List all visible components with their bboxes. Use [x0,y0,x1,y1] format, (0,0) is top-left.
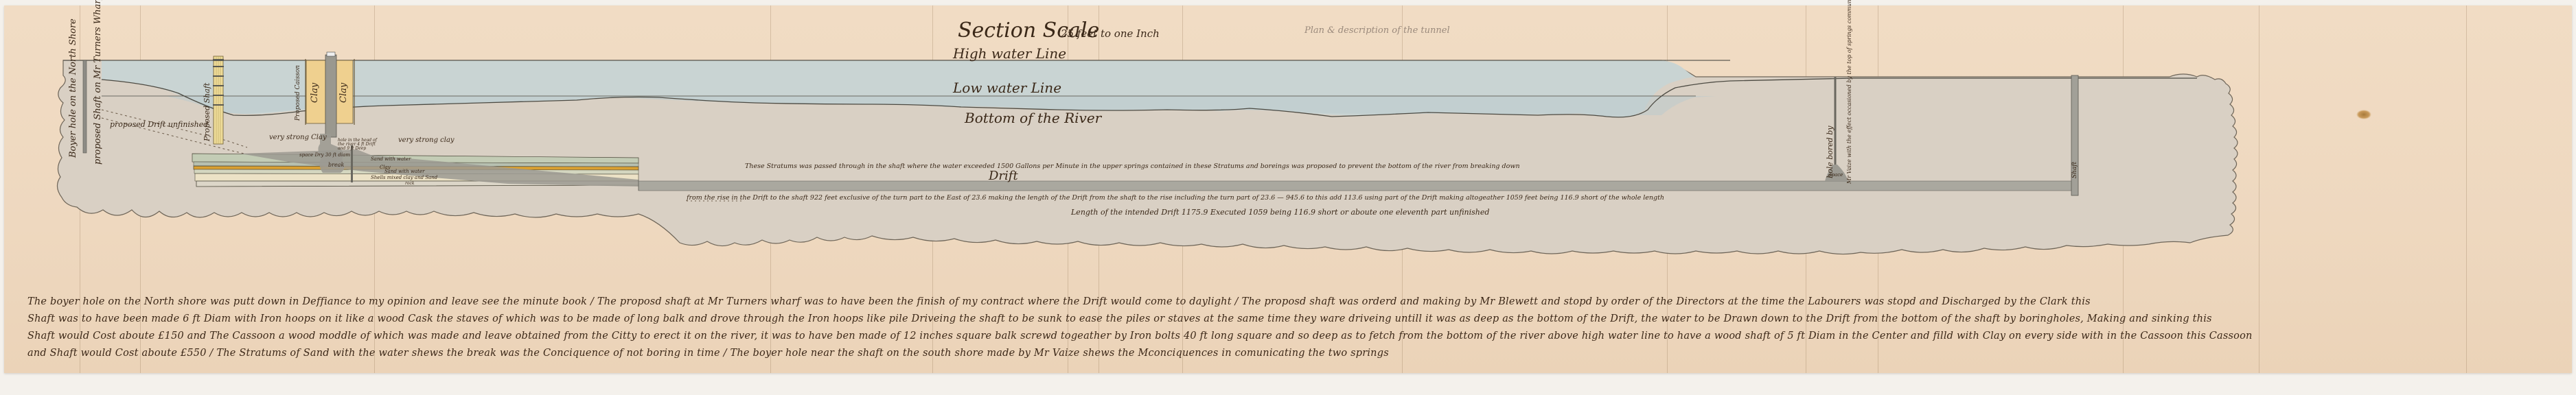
measure-line-1: from the rise in the Drift to the shaft … [687,195,1664,202]
turner-shaft-label: proposed Shaft on Mr Turners Wharf [93,27,102,165]
river-bottom-label: Bottom of the River [965,111,1101,125]
proposed-shaft-hooped [213,56,224,144]
note-line: Shaft was to have been made 6 ft Diam wi… [27,313,2212,324]
very-strong-clay-2: very strong clay [398,137,455,144]
pencil-note: Plan & description of the tunnel [1304,26,1450,35]
note-line: and Shaft would Cost aboute £550 / The S… [27,348,1389,359]
scale-text: 25 feet to one Inch [1061,29,1160,39]
south-shaft-label: Shaft [2072,162,2078,178]
hole-note: hole in the head of the river 4 ft Drift… [338,139,379,151]
measure-line-2: Length of the intended Drift 1175.9 Exec… [1071,208,1489,216]
space-label: space [1829,173,1843,178]
low-water-label: Low water Line [953,81,1061,95]
high-water-label: High water Line [953,47,1066,60]
strata-note: These Stratums was passed through in the… [745,163,1520,170]
note-line: Shaft would Cost aboute £150 and The Cas… [27,331,2253,342]
very-strong-clay-1: very strong Clay [269,134,327,141]
clay-label-2: Clay [339,83,348,103]
proposed-drift-label: proposed Drift unfinished [110,121,208,128]
proposed-caisson-label: Proposed Caisson [295,65,301,121]
north-boring-label: Boyer hole on the North Shore [69,48,78,158]
stratum-label: Sand with water [371,157,411,162]
clay-label-1: Clay [310,83,319,103]
ink-stain [2356,110,2371,119]
vaize-note: Mr Vaize with the effect occasioned by t… [1847,81,1852,184]
space-dry-label: space Dry 30 ft diam [299,153,350,158]
north-boring-hole [83,60,87,153]
break-label: break [328,163,344,168]
stratum-label: Shells mixed clay and Sand [371,176,437,180]
stratum-label: Sand with water [384,169,424,174]
hole-bored-label: hole bored by [1826,126,1834,178]
note-line: The boyer hole on the North shore was pu… [27,296,2091,307]
stratum-label: rock [405,182,414,186]
proposed-shaft-label: Proposed Shaft [203,83,211,141]
drift-label: Drift [989,170,1018,182]
drift-tunnel [639,181,2073,191]
